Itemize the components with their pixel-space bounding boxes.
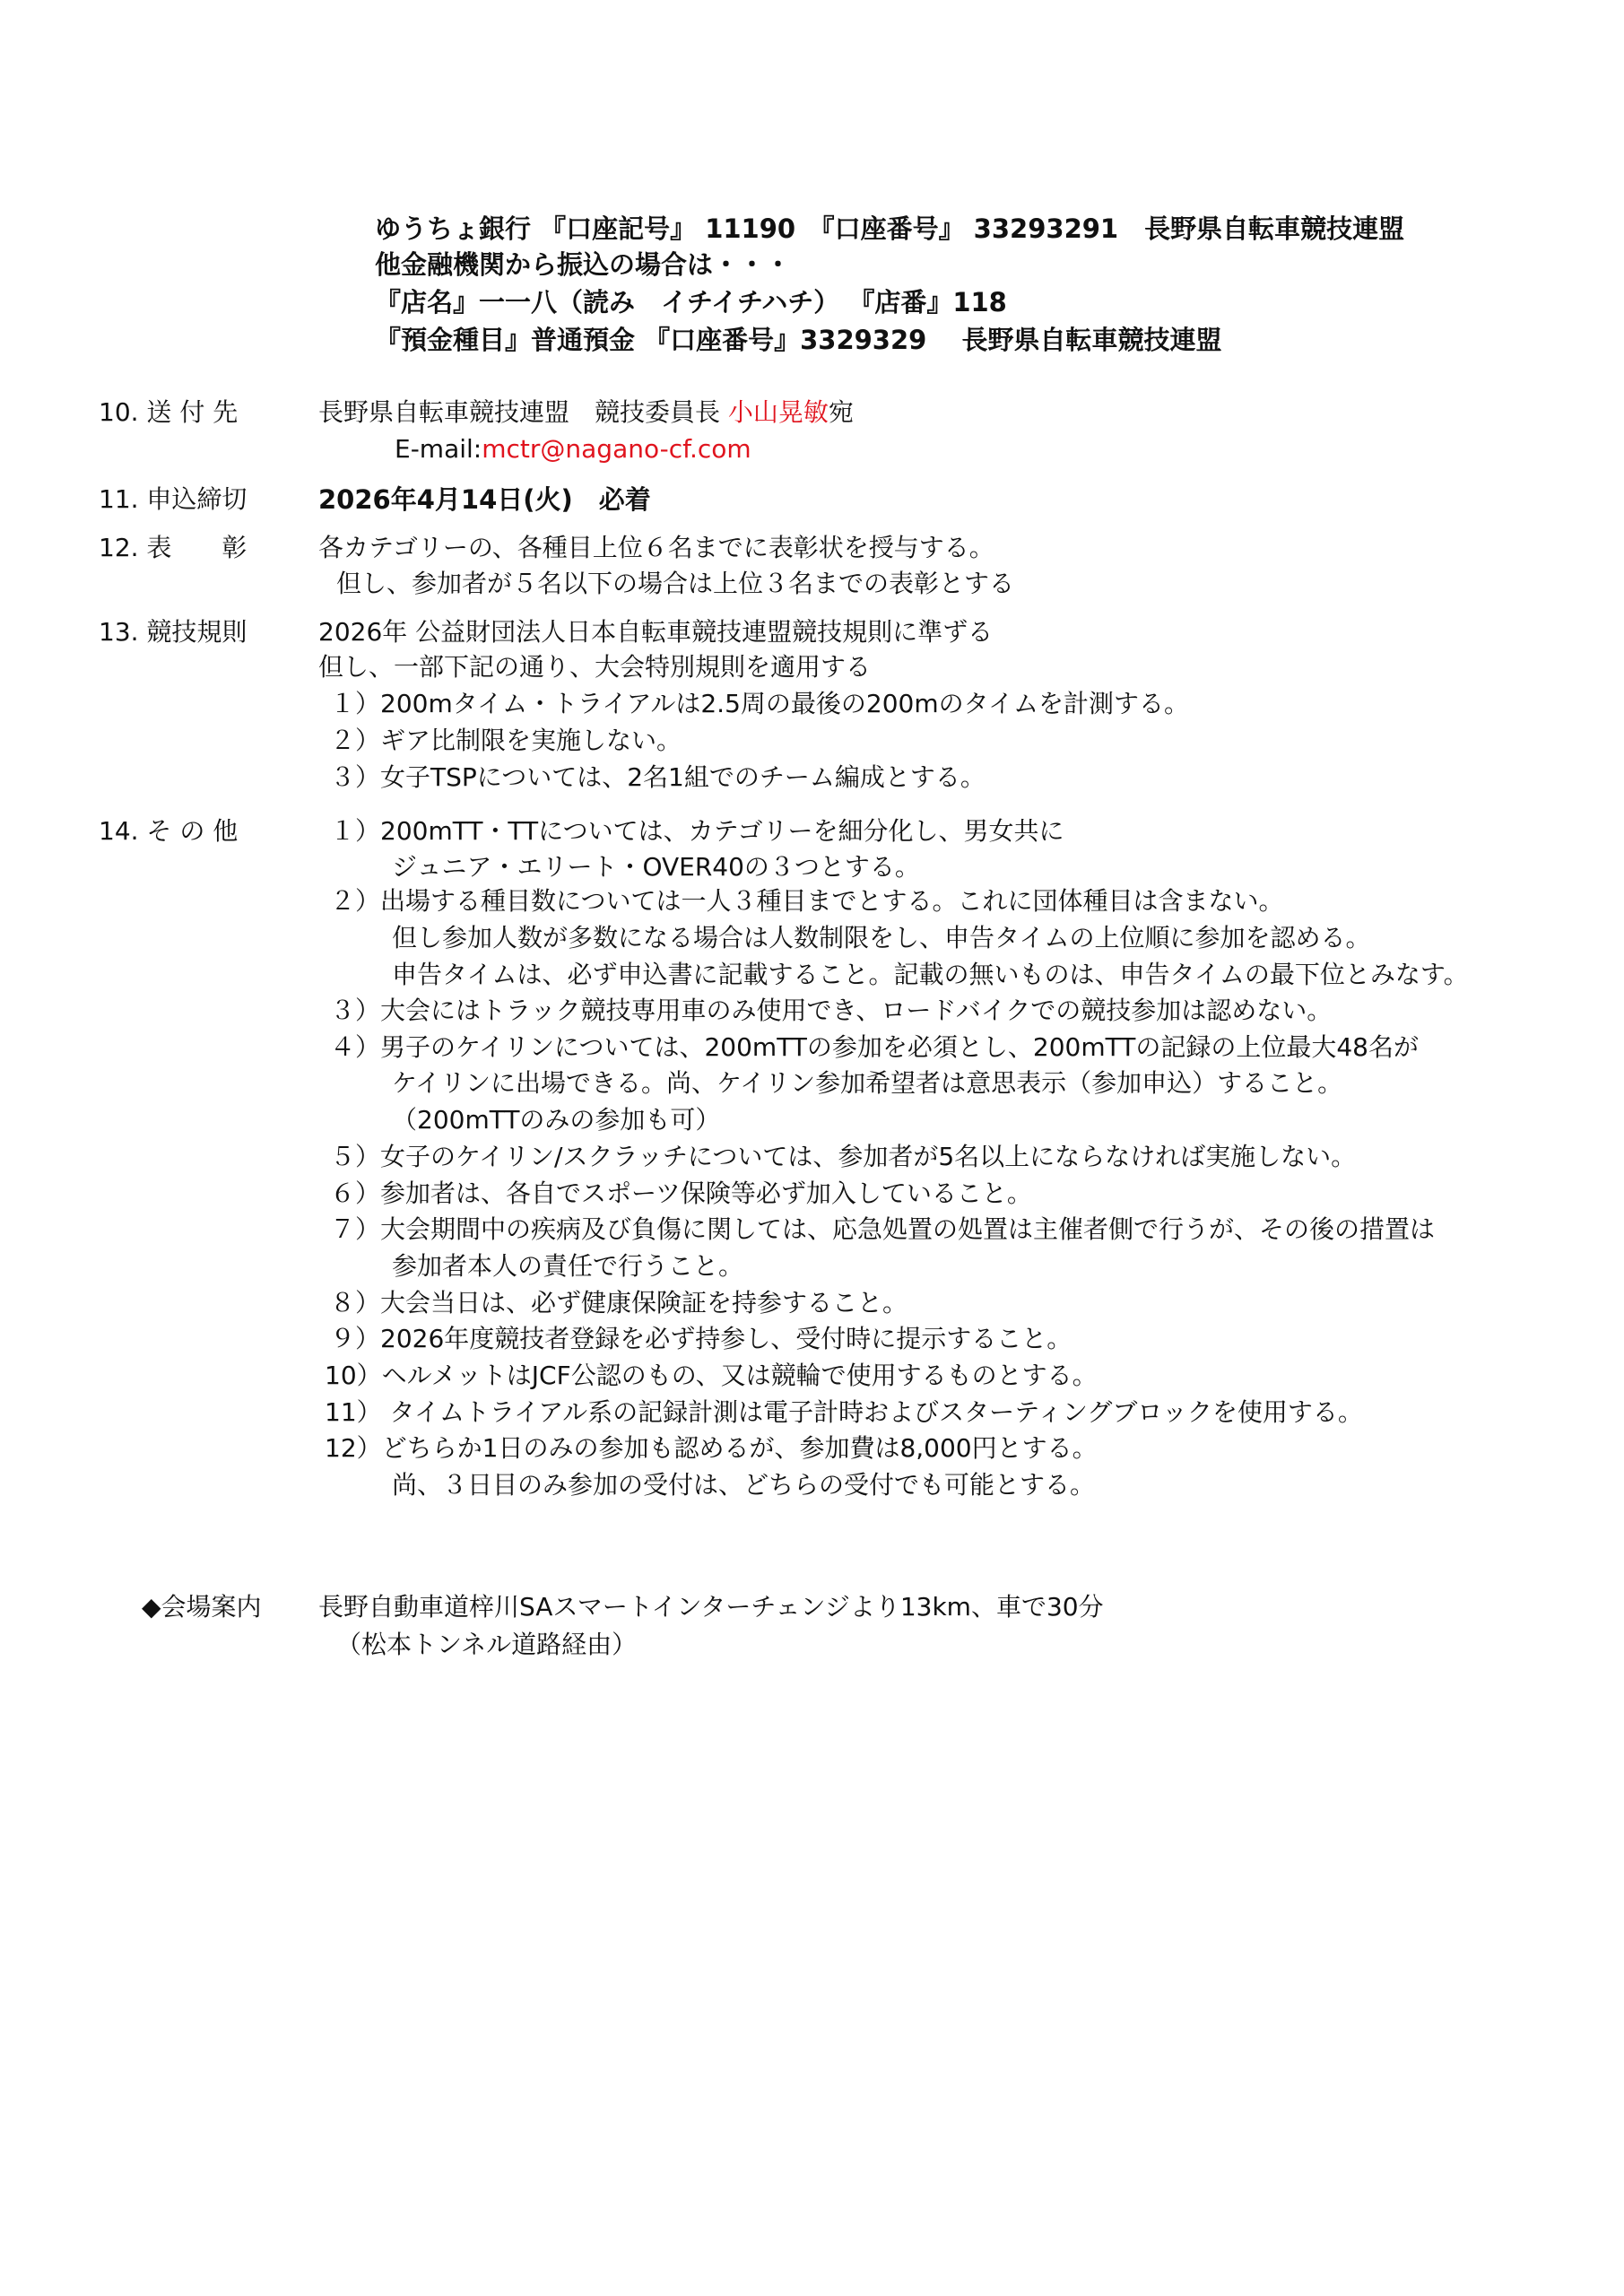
section-14-continuation: ジュニア・エリート・OVER40の３つとする。 [392,852,920,883]
section-10-label: 10. 送 付 先 [99,397,238,428]
section-13-item: ３）女子TSPについては、2名1組でのチーム編成とする。 [330,762,986,793]
section-14-item: 11） タイムトライアル系の記録計測は電子計時およびスターティングブロックを使用… [325,1397,1363,1428]
section-14-item: ５）女子のケイリン/スクラッチについては、参加者が5名以上にならなければ実施しな… [330,1142,1356,1172]
section-12-line: 但し、参加者が５名以下の場合は上位３名までの表彰とする [336,569,1014,599]
section-14-item: ３）大会にはトラック競技専用車のみ使用でき、ロードバイクでの競技参加は認めない。 [330,996,1332,1026]
section-13-item: ２）ギア比制限を実施しない。 [330,726,682,756]
section-13-item: １）200mタイム・トライアルは2.5周の最後の200mのタイムを計測する。 [330,689,1189,719]
recipient-name: 小山晃敏 [728,397,829,427]
bank-line-account: 『預金種目』普通預金 『口座番号』3329329 長野県自転車競技連盟 [375,325,1221,355]
section-14-continuation: 参加者本人の責任で行うこと。 [392,1251,743,1282]
section-13-line: 2026年 公益財団法人日本自転車競技連盟競技規則に準ずる [318,617,993,648]
section-14-item: ２）出場する種目数については一人３種目までとする。これに団体種目は含まない。 [330,886,1283,917]
section-14-item: 12）どちらか1日のみの参加も認めるが、参加費は8,000円とする。 [325,1433,1098,1464]
section-14-item: ６）参加者は、各自でスポーツ保険等必ず加入していること。 [330,1178,1032,1209]
venue-label: ◆会場案内 [142,1592,262,1622]
section-10-recipient: 長野県自転車競技連盟 競技委員長 小山晃敏宛 [318,397,854,428]
section-14-item: ４）男子のケイリンについては、200mTTの参加を必須とし、200mTTの記録の… [330,1032,1419,1063]
section-14-label: 14. そ の 他 [99,816,238,847]
section-13-label: 13. 競技規則 [99,617,247,648]
bank-line-other-institutions: 他金融機関から振込の場合は・・・ [375,249,791,280]
section-13-line: 但し、一部下記の通り、大会特別規則を適用する [318,652,871,683]
bank-line-yucho: ゆうちょ銀行 『口座記号』 11190 『口座番号』 33293291 長野県自… [375,213,1404,244]
section-14-continuation: ケイリンに出場できる。尚、ケイリン参加希望者は意思表示（参加申込）すること。 [392,1068,1342,1099]
section-14-item: ８）大会当日は、必ず健康保険証を持参すること。 [330,1288,908,1318]
section-12-line: 各カテゴリーの、各種目上位６名までに表彰状を授与する。 [318,533,994,563]
venue-route-note: （松本トンネル道路経由） [336,1630,637,1660]
section-12-label: 12. 表 彰 [99,533,247,563]
section-14-continuation: 但し参加人数が多数になる場合は人数制限をし、申告タイムの上位順に参加を認める。 [392,923,1370,953]
section-14-item: ７）大会期間中の疾病及び負傷に関しては、応急処置の処置は主催者側で行うが、その後… [330,1214,1435,1245]
recipient-org: 長野県自転車競技連盟 競技委員長 [318,397,728,427]
section-14-item: １）200mTT・TTについては、カテゴリーを細分化し、男女共に [330,816,1064,847]
venue-directions: 長野自動車道梓川SAスマートインターチェンジより13km、車で30分 [318,1592,1104,1622]
section-14-continuation: （200mTTのみの参加も可） [392,1105,720,1135]
section-11-deadline: 2026年4月14日(火) 必着 [318,484,651,515]
bank-line-branch: 『店名』一一八（読み イチイチハチ） 『店番』118 [375,287,1007,317]
email-label: E-mail: [395,434,482,464]
section-14-continuation: 尚、３日目のみ参加の受付は、どちらの受付でも可能とする。 [392,1470,1095,1500]
section-11-label: 11. 申込締切 [99,484,247,515]
document-page: ゆうちょ銀行 『口座記号』 11190 『口座番号』 33293291 長野県自… [0,0,1624,2296]
email-link[interactable]: mctr@nagano-cf.com [482,434,751,464]
section-14-item: ９）2026年度競技者登録を必ず持参し、受付時に提示すること。 [330,1324,1072,1354]
recipient-suffix: 宛 [829,397,854,427]
section-14-item: 10）ヘルメットはJCF公認のもの、又は競輪で使用するものとする。 [325,1361,1098,1391]
section-14-continuation: 申告タイムは、必ず申込書に記載すること。記載の無いものは、申告タイムの最下位とみ… [392,960,1469,990]
section-10-email-line: E-mail:mctr@nagano-cf.com [395,434,751,465]
